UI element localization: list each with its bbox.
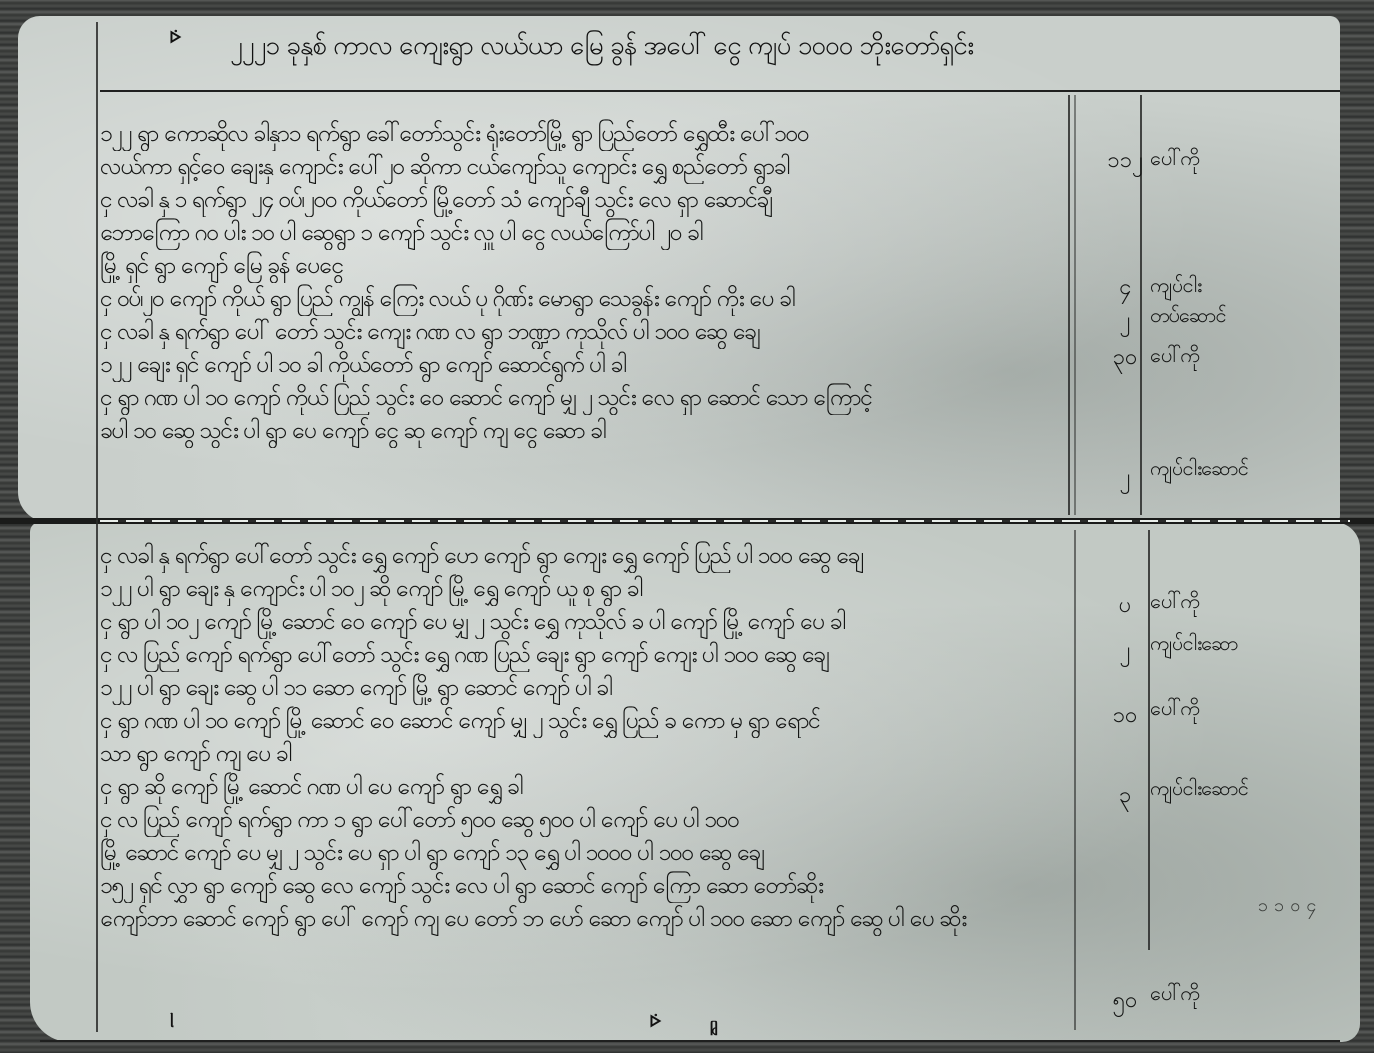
text-line: သာ ရွာ ကျော် ကျ ပေ ခါ [100,738,1060,771]
text-line: ငှ လ ပြည် ကျော် ရက်ရွာ ပေါ်တော် သွင်း ရွ… [100,639,1060,672]
text-line: ငှ ရွာ ဂဏ ပါ ၁၀ ကျော် ကိုယ် ပြည် သွင်း ဝ… [100,382,1060,415]
amount-label: ပေါ်ကို [1150,145,1330,175]
text-line: ၁၂၂ ပါ ရွာ ချေး ဆွေ ပါ ၁၁ ဆော ကျော် မြို… [100,672,1060,705]
column-rule-2-top [1074,95,1076,515]
text-line: ကျော်ဘာ ဆောင် ကျော် ရွာ ပေါ် ကျော် ကျ ပေ… [100,903,1060,936]
bottom-mark: ᢰ [650,1012,662,1032]
bottom-rule [40,1040,1340,1042]
text-line: မြို့ ဆောင် ကျော် ပေ မျှ ၂ သွင်း ပေ ရှာ … [100,837,1060,870]
left-margin-rule [96,22,98,1032]
column-rule-1-top [1068,95,1070,515]
top-leaf-text: ၁၂၂ ရွာ ကောဆိုလ ခါနှာ၁ ရက်ရွာ ခေါ်တော်သွ… [100,118,1060,448]
text-line: ၁၂၂ ပါ ရွာ ချေး နှ ကျောင်း ပါ ၁၀၂ ဆို ကျ… [100,573,1060,606]
corner-mark: ᢰ [170,28,182,48]
text-line: ငှ လခါ နှ ၁ ရက်ရွာ ၂၄ ဝပ်၊၂၀၀ ကိုယ်တော် … [100,184,1060,217]
bottom-mark: ᥣ [170,1012,174,1032]
amount-label: ကျပ်ငါးဆောင် [1150,775,1330,805]
text-line: ခပါ ၁၀ ဆွေ သွင်း ပါ ရွာ ပေ ကျော် ငွေ ဆု … [100,415,1060,448]
text-line: မြို့ ရှင် ရွာ ကျော် မြေ ခွန် ပေငွေ [100,250,1060,283]
text-line: ၁၅၂ ရှင် လွှာ ရွာ ကျော် ဆွေ လေ ကျော် သွင… [100,870,1060,903]
leaf-fold-edge [100,520,1350,522]
text-line: ၁၂၂ ချေး ရှင် ကျော် ပါ ၁၀ ခါ ကိုယ်တော် ရ… [100,349,1060,382]
text-line: ၁၂၂ ရွာ ကောဆိုလ ခါနှာ၁ ရက်ရွာ ခေါ်တော်သွ… [100,118,1060,151]
amount-label: ပေါ်ကို [1150,588,1330,618]
amount-label: ပေါ်ကို [1150,695,1330,725]
text-line: ငှ ရွာ ပါ ၁၀၂ ကျော် မြို့ ဆောင် ဝေ ကျော်… [100,606,1060,639]
amount-label: ကျပ်ငါးဆော [1150,630,1330,660]
amount-label: ပေါ်ကို [1150,980,1330,1010]
text-line: ငှ လခါ နှ ရက်ရွာ ပေါ် တော် သွင်း ကျေး ဂဏ… [100,316,1060,349]
text-line: ငှ လ ပြည် ကျော် ရက်ရွာ ကာ ၁ ရွာ ပေါ်တော်… [100,804,1060,837]
text-line: လယ်ကာ ရှင့်ဝေ ချေးနှ ကျောင်း ပေါ်၂၀ ဆိုက… [100,151,1060,184]
text-line: ငှ ရွာ ဂဏ ပါ ၁၀ ကျော် မြို့ ဆောင် ဝေ ဆော… [100,705,1060,738]
column-rule-1-bottom [1074,530,1076,1030]
faint-annotation: ၁၁၀၄ [1258,893,1323,920]
text-line: ငှ ရွာ ဆို ကျော် မြို့ ဆောင် ဂဏ ပါ ပေ ကျ… [100,771,1060,804]
text-line: ငှ လခါ နှ ရက်ရွာ ပေါ်တော် သွင်း ရွှေ ကျေ… [100,540,1060,573]
manuscript-title: ၂၂၂၁ ခုနှစ် ကာလ ကျေးရွာ လယ်ယာ မြေ ခွန် အ… [230,28,1150,78]
amount-label: ကျပ်ငါးဆောင် [1150,455,1330,485]
text-line: ဘောကြော ဂဝ ပါး ၁၀ ပါ ဆွေရွာ ၁ ကျော် သွင်… [100,217,1060,250]
header-rule [100,90,1340,92]
amount-label: ကျပ်ငါး [1150,272,1330,302]
bottom-mark: ᥤ [710,1020,718,1040]
text-line: ငှ ဝပ်၊၂၀ ကျော် ကိုယ် ရွာ ပြည် ကျွန် ကြေ… [100,283,1060,316]
amount-label: ပေါ်ကို [1150,342,1330,372]
amount-label: တပ်ဆောင် [1150,302,1330,332]
bottom-leaf-text: ငှ လခါ နှ ရက်ရွာ ပေါ်တော် သွင်း ရွှေ ကျေ… [100,540,1060,936]
